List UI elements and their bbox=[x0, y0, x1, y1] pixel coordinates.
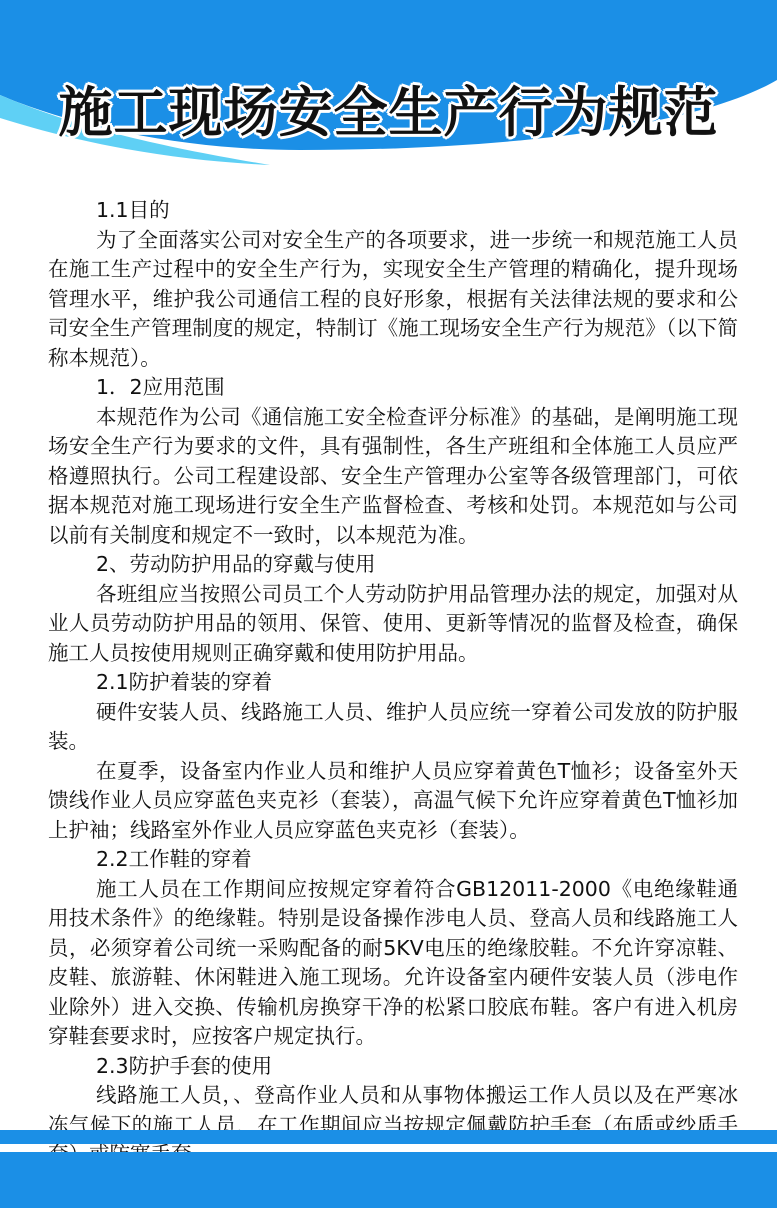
section-heading-shoes: 2.2工作鞋的穿着 bbox=[48, 845, 738, 875]
paragraph-scope: 本规范作为公司《通信施工安全检查评分标准》的基础，是阐明施工现场安全生产行为要求… bbox=[48, 403, 738, 551]
section-heading-gloves: 2.3防护手套的使用 bbox=[48, 1052, 738, 1082]
section-heading-scope: 1．2应用范围 bbox=[48, 373, 738, 403]
paragraph-purpose: 为了全面落实公司对安全生产的各项要求，进一步统一和规范施工人员在施工生产过程中的… bbox=[48, 226, 738, 374]
section-heading-clothing: 2.1防护着装的穿着 bbox=[48, 668, 738, 698]
poster-body: 1.1目的 为了全面落实公司对安全生产的各项要求，进一步统一和规范施工人员在施工… bbox=[48, 196, 738, 1170]
paragraph-ppe: 各班组应当按照公司员工个人劳动防护用品管理办法的规定，加强对从业人员劳动防护用品… bbox=[48, 580, 738, 669]
poster-title: 施工现场安全生产行为规范 bbox=[0, 70, 777, 147]
section-heading-purpose: 1.1目的 bbox=[48, 196, 738, 226]
paragraph-summer-clothing: 在夏季，设备室内作业人员和维护人员应穿着黄色T恤衫；设备室外天馈线作业人员应穿蓝… bbox=[48, 757, 738, 846]
paragraph-clothing: 硬件安装人员、线路施工人员、维护人员应统一穿着公司发放的防护服装。 bbox=[48, 698, 738, 757]
poster-header: 施工现场安全生产行为规范 bbox=[0, 0, 777, 175]
section-heading-ppe: 2、劳动防护用品的穿戴与使用 bbox=[48, 550, 738, 580]
footer-band bbox=[0, 1152, 777, 1208]
footer-stripe bbox=[0, 1130, 777, 1144]
paragraph-shoes: 施工人员在工作期间应按规定穿着符合GB12011-2000《电绝缘鞋通用技术条件… bbox=[48, 875, 738, 1052]
